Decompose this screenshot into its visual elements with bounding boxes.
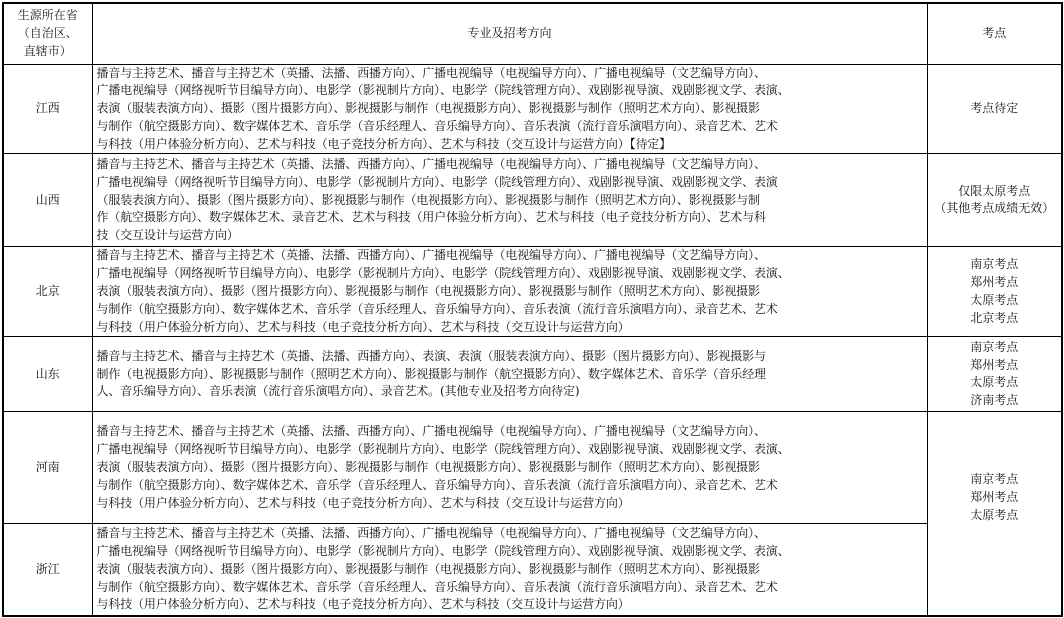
header-major: 专业及招考方向 bbox=[92, 3, 927, 64]
major-line: 播音与主持艺术、播音与主持艺术（英播、法播、西播方向）、广播电视编导（电视编导方… bbox=[97, 247, 923, 265]
site-cell-merged: 南京考点 郑州考点 太原考点 bbox=[927, 412, 1062, 616]
site-line: 郑州考点 bbox=[932, 357, 1058, 375]
major-line: 与科技（用户体验分析方向）、艺术与科技（电子竞技分析方向）、艺术与科技（交互设计… bbox=[97, 136, 923, 154]
header-row: 生源所在省 （自治区、 直辖市） 专业及招考方向 考点 bbox=[3, 3, 1062, 64]
header-site: 考点 bbox=[927, 3, 1062, 64]
major-cell: 播音与主持艺术、播音与主持艺术（英播、法播、西播方向）、表演、表演（服装表演方向… bbox=[92, 337, 927, 412]
table-row-henan: 河南 播音与主持艺术、播音与主持艺术（英播、法播、西播方向）、广播电视编导（电视… bbox=[3, 412, 1062, 524]
major-cell: 播音与主持艺术、播音与主持艺术（英播、法播、西播方向）、广播电视编导（电视编导方… bbox=[92, 524, 927, 616]
major-line: 广播电视编导（网络视听节目编导方向）、电影学（影视制片方向）、电影学（院线管理方… bbox=[97, 441, 923, 459]
site-line: 太原考点 bbox=[932, 292, 1058, 310]
site-cell: 南京考点 郑州考点 太原考点 北京考点 bbox=[927, 247, 1062, 337]
site-line: （其他考点成绩无效） bbox=[932, 200, 1058, 218]
major-line: 广播电视编导（网络视听节目编导方向）、电影学（影视制片方向）、电影学（院线管理方… bbox=[97, 265, 923, 283]
major-line: 与制作（航空摄影方向）、数字媒体艺术、音乐学（音乐经理人、音乐编导方向）、音乐表… bbox=[97, 579, 923, 597]
province-cell: 山西 bbox=[3, 154, 92, 247]
table-row-beijing: 北京 播音与主持艺术、播音与主持艺术（英播、法播、西播方向）、广播电视编导（电视… bbox=[3, 247, 1062, 337]
province-cell: 江西 bbox=[3, 64, 92, 154]
major-line: 人、音乐编导方向）、音乐表演（流行音乐演唱方向）、录音艺术。(其他专业及招考方向… bbox=[97, 383, 923, 401]
major-line: 与科技（用户体验分析方向）、艺术与科技（电子竞技分析方向）、艺术与科技（交互设计… bbox=[97, 319, 923, 337]
major-line: 与制作（航空摄影方向）、数字媒体艺术、音乐学（音乐经理人、音乐编导方向）、音乐表… bbox=[97, 301, 923, 319]
major-line: 与科技（用户体验分析方向）、艺术与科技（电子竞技分析方向）、艺术与科技（交互设计… bbox=[97, 495, 923, 513]
major-line: 播音与主持艺术、播音与主持艺术（英播、法播、西播方向）、表演、表演（服装表演方向… bbox=[97, 348, 923, 366]
site-line: 太原考点 bbox=[932, 507, 1058, 525]
header-province-line: 生源所在省 bbox=[8, 7, 88, 25]
major-line: （服装表演方向）、摄影（图片摄影方向）、影视摄影与制作（电视摄影方向）、影视摄影… bbox=[97, 192, 923, 210]
province-cell: 山东 bbox=[3, 337, 92, 412]
major-line: 广播电视编导（网络视听节目编导方向）、电影学（影视制片方向）、电影学（院线管理方… bbox=[97, 82, 923, 100]
header-province: 生源所在省 （自治区、 直辖市） bbox=[3, 3, 92, 64]
site-line: 南京考点 bbox=[932, 471, 1058, 489]
major-line: 表演（服装表演方向）、摄影（图片摄影方向）、影视摄影与制作（电视摄影方向）、影视… bbox=[97, 100, 923, 118]
major-line: 表演（服装表演方向）、摄影（图片摄影方向）、影视摄影与制作（电视摄影方向）、影视… bbox=[97, 459, 923, 477]
major-line: 播音与主持艺术、播音与主持艺术（英播、法播、西播方向）、广播电视编导（电视编导方… bbox=[97, 156, 923, 174]
header-province-line: （自治区、 bbox=[8, 25, 88, 43]
site-line: 仅限太原考点 bbox=[932, 183, 1058, 201]
major-line: 制作（电视摄影方向）、影视摄影与制作（照明艺术方向）、影视摄影与制作（航空摄影方… bbox=[97, 366, 923, 384]
site-line: 郑州考点 bbox=[932, 489, 1058, 507]
site-line: 郑州考点 bbox=[932, 274, 1058, 292]
major-line: 播音与主持艺术、播音与主持艺术（英播、法播、西播方向）、广播电视编导（电视编导方… bbox=[97, 525, 923, 543]
major-cell: 播音与主持艺术、播音与主持艺术（英播、法播、西播方向）、广播电视编导（电视编导方… bbox=[92, 64, 927, 154]
province-cell: 北京 bbox=[3, 247, 92, 337]
site-cell: 南京考点 郑州考点 太原考点 济南考点 bbox=[927, 337, 1062, 412]
site-line: 济南考点 bbox=[932, 392, 1058, 410]
table-row-jiangxi: 江西 播音与主持艺术、播音与主持艺术（英播、法播、西播方向）、广播电视编导（电视… bbox=[3, 64, 1062, 154]
province-cell: 河南 bbox=[3, 412, 92, 524]
major-line: 表演（服装表演方向）、摄影（图片摄影方向）、影视摄影与制作（电视摄影方向）、影视… bbox=[97, 561, 923, 579]
major-line: 播音与主持艺术、播音与主持艺术（英播、法播、西播方向）、广播电视编导（电视编导方… bbox=[97, 423, 923, 441]
site-line: 考点待定 bbox=[932, 100, 1058, 118]
table-row-shandong: 山东 播音与主持艺术、播音与主持艺术（英播、法播、西播方向）、表演、表演（服装表… bbox=[3, 337, 1062, 412]
major-line: 与科技（用户体验分析方向）、艺术与科技（电子竞技分析方向）、艺术与科技（交互设计… bbox=[97, 596, 923, 614]
table-row-zhejiang: 浙江 播音与主持艺术、播音与主持艺术（英播、法播、西播方向）、广播电视编导（电视… bbox=[3, 524, 1062, 616]
major-cell: 播音与主持艺术、播音与主持艺术（英播、法播、西播方向）、广播电视编导（电视编导方… bbox=[92, 247, 927, 337]
major-cell: 播音与主持艺术、播音与主持艺术（英播、法播、西播方向）、广播电视编导（电视编导方… bbox=[92, 412, 927, 524]
major-line: 与制作（航空摄影方向）、数字媒体艺术、音乐学（音乐经理人、音乐编导方向）、音乐表… bbox=[97, 477, 923, 495]
site-line: 南京考点 bbox=[932, 256, 1058, 274]
site-cell: 仅限太原考点 （其他考点成绩无效） bbox=[927, 154, 1062, 247]
major-line: 播音与主持艺术、播音与主持艺术（英播、法播、西播方向）、广播电视编导（电视编导方… bbox=[97, 65, 923, 83]
table-row-shanxi: 山西 播音与主持艺术、播音与主持艺术（英播、法播、西播方向）、广播电视编导（电视… bbox=[3, 154, 1062, 247]
site-cell: 考点待定 bbox=[927, 64, 1062, 154]
major-line: 与制作（航空摄影方向）、数字媒体艺术、音乐学（音乐经理人、音乐编导方向）、音乐表… bbox=[97, 118, 923, 136]
major-line: 技（交互设计与运营方向） bbox=[97, 227, 923, 245]
exam-sites-table: 生源所在省 （自治区、 直辖市） 专业及招考方向 考点 江西 播音与主持艺术、播… bbox=[2, 2, 1063, 617]
site-line: 南京考点 bbox=[932, 339, 1058, 357]
site-line: 北京考点 bbox=[932, 310, 1058, 328]
major-line: 表演（服装表演方向）、摄影（图片摄影方向）、影视摄影与制作（电视摄影方向）、影视… bbox=[97, 283, 923, 301]
header-province-line: 直辖市） bbox=[8, 43, 88, 61]
major-line: 广播电视编导（网络视听节目编导方向）、电影学（影视制片方向）、电影学（院线管理方… bbox=[97, 543, 923, 561]
major-line: 广播电视编导（网络视听节目编导方向）、电影学（影视制片方向）、电影学（院线管理方… bbox=[97, 174, 923, 192]
province-cell: 浙江 bbox=[3, 524, 92, 616]
major-line: 作（航空摄影方向）、数字媒体艺术、录音艺术、艺术与科技（用户体验分析方向）、艺术… bbox=[97, 209, 923, 227]
major-cell: 播音与主持艺术、播音与主持艺术（英播、法播、西播方向）、广播电视编导（电视编导方… bbox=[92, 154, 927, 247]
site-line: 太原考点 bbox=[932, 374, 1058, 392]
